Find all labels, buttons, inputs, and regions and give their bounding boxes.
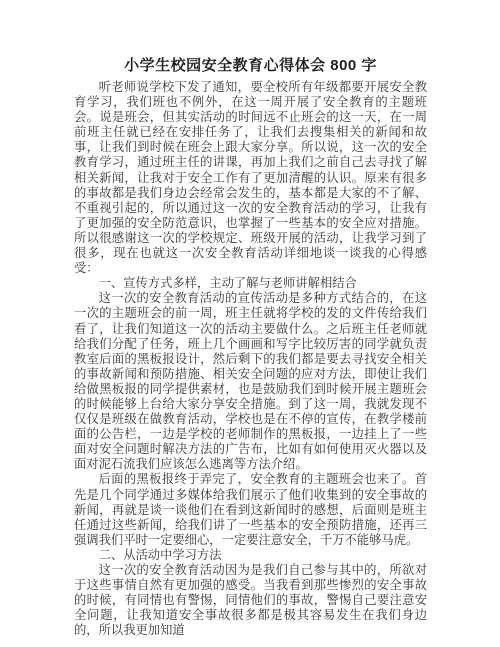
paragraph: 这一次的安全教育活动因为是我们自己参与其中的，所欲对于这些事情自然有更加强的感受… — [74, 563, 427, 638]
paragraph: 后面的黑板报终于弄完了，安全教育的主题班会也来了。首先是几个同学通过多媒体给我们… — [74, 472, 427, 547]
document-page: 小学生校园安全教育心得体会 800 字 听老师说学校下发了通知，要全校所有年级都… — [0, 0, 500, 647]
section-heading: 二、从活动中学习方法 — [74, 548, 427, 563]
document-body: 听老师说学校下发了通知，要全校所有年级都要开展安全教育学习，我们班也不例外，在这… — [74, 80, 427, 638]
paragraph: 这一次的安全教育活动的宣传活动是多种方式结合的，在这一次的主题班会的前一周，班主… — [74, 291, 427, 472]
paragraph: 听老师说学校下发了通知，要全校所有年级都要开展安全教育学习，我们班也不例外，在这… — [74, 80, 427, 276]
document-title: 小学生校园安全教育心得体会 800 字 — [74, 56, 427, 75]
section-heading: 一、宣传方式多样，主动了解与老师讲解相结合 — [74, 276, 427, 291]
